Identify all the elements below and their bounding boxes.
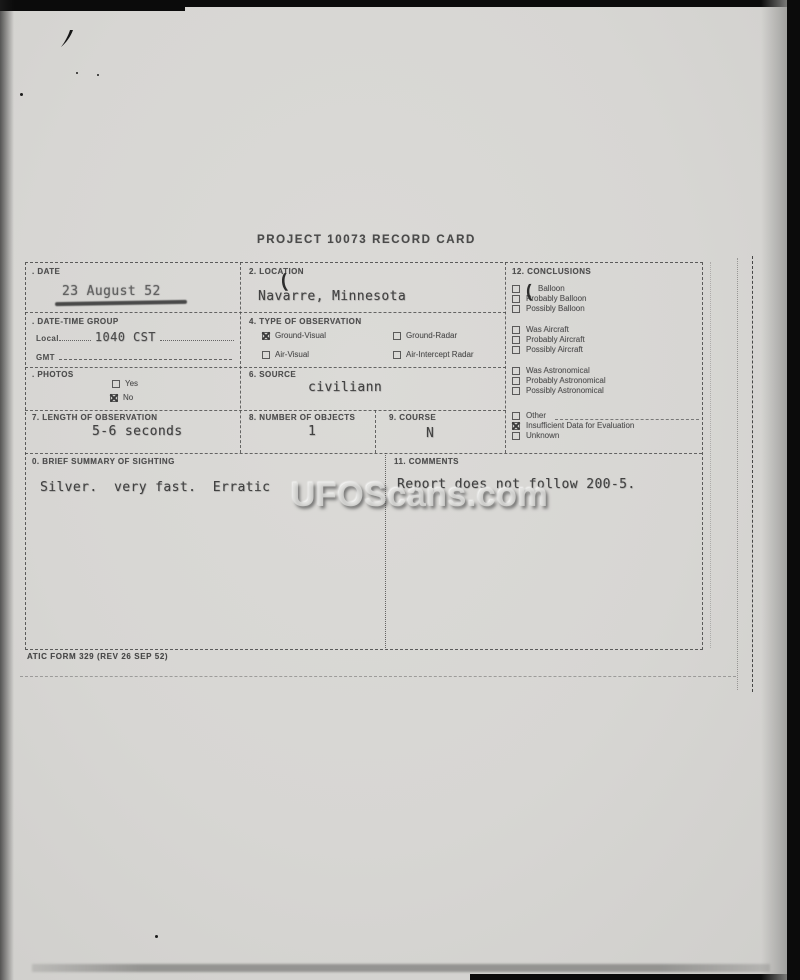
checkbox-icon bbox=[512, 295, 520, 303]
checkbox-icon bbox=[512, 377, 520, 385]
conclusions-list: ( Balloon Probably Balloon Possibly Ball… bbox=[512, 284, 699, 441]
conclusion-option: Probably Aircraft bbox=[512, 335, 699, 345]
grid-line bbox=[25, 367, 506, 368]
local-time-value: 1040 CST bbox=[95, 330, 156, 344]
page-curl-shadow bbox=[761, 0, 787, 980]
grid-line bbox=[375, 410, 376, 453]
scan-edge-right bbox=[787, 0, 800, 980]
scanned-record-card: PROJECT 10073 RECORD CARD . DATE 23 Augu… bbox=[0, 0, 800, 980]
length-of-observation-label: 7. LENGTH OF OBSERVATION bbox=[32, 413, 157, 422]
dust-speck bbox=[20, 93, 23, 96]
watermark-text: UFOScans.com bbox=[291, 476, 548, 515]
checkbox-icon bbox=[512, 422, 520, 430]
checkbox-icon bbox=[512, 326, 520, 334]
page-bottom-shadow bbox=[32, 964, 770, 972]
dust-speck bbox=[76, 72, 78, 74]
dust-speck bbox=[97, 74, 99, 76]
checkbox-icon bbox=[512, 305, 520, 313]
type-of-observation-label: 4. TYPE OF OBSERVATION bbox=[249, 317, 362, 326]
grid-line bbox=[25, 312, 506, 313]
checkbox-icon bbox=[393, 351, 401, 359]
brief-summary-value: Silver. very fast. Erratic bbox=[40, 480, 270, 495]
local-time-row: Local 1040 CST bbox=[36, 330, 234, 344]
brief-summary-label: 0. BRIEF SUMMARY OF SIGHTING bbox=[32, 457, 175, 466]
dust-speck bbox=[155, 935, 158, 938]
page-rule-line bbox=[20, 676, 736, 677]
checkbox-icon bbox=[512, 336, 520, 344]
conclusion-option: Was Aircraft bbox=[512, 325, 699, 335]
conclusion-option: Possibly Astronomical bbox=[512, 386, 699, 396]
checkbox-icon bbox=[512, 346, 520, 354]
comments-label: 11. COMMENTS bbox=[394, 457, 459, 466]
gmt-time-row: GMT bbox=[36, 350, 232, 362]
checkbox-icon bbox=[512, 285, 520, 293]
source-value: civiliann bbox=[308, 380, 382, 395]
number-of-objects-value: 1 bbox=[308, 424, 316, 439]
ground-radar-option: Ground-Radar bbox=[393, 331, 457, 340]
checkbox-icon bbox=[393, 332, 401, 340]
location-value: Navarre, Minnesota bbox=[258, 289, 406, 304]
conclusion-option: Was Astronomical bbox=[512, 366, 699, 376]
grid-line bbox=[25, 410, 506, 411]
ink-flick-mark-icon bbox=[56, 28, 80, 52]
grid-line bbox=[25, 453, 702, 454]
binding-mark-line bbox=[710, 262, 711, 648]
conclusion-option: Possibly Balloon bbox=[512, 304, 699, 314]
grid-line bbox=[240, 262, 241, 453]
conclusion-option: Unknown bbox=[512, 431, 699, 441]
conclusions-label: 12. CONCLUSIONS bbox=[512, 267, 591, 276]
binding-mark-line bbox=[752, 256, 753, 692]
conclusion-option: Balloon bbox=[512, 284, 699, 294]
checkbox-icon bbox=[512, 412, 520, 420]
length-of-observation-value: 5-6 seconds bbox=[92, 424, 183, 439]
gmt-label: GMT bbox=[36, 353, 55, 362]
local-label: Local bbox=[36, 334, 59, 343]
scan-edge-left-shadow bbox=[0, 0, 14, 980]
leader-line bbox=[160, 331, 234, 341]
checkbox-icon bbox=[262, 332, 270, 340]
ground-visual-option: Ground-Visual bbox=[262, 331, 326, 340]
number-of-objects-label: 8. NUMBER OF OBJECTS bbox=[249, 413, 355, 422]
source-label: 6. SOURCE bbox=[249, 370, 296, 379]
binding-mark-line bbox=[737, 258, 738, 690]
conclusion-option: Other bbox=[512, 411, 699, 421]
checkbox-icon bbox=[262, 351, 270, 359]
leader-line bbox=[555, 412, 699, 420]
leader-line bbox=[59, 331, 91, 341]
photos-label: . PHOTOS bbox=[32, 370, 74, 379]
scan-edge-bottom-right bbox=[470, 974, 800, 980]
date-value: 23 August 52 bbox=[62, 284, 161, 299]
course-value: N bbox=[426, 426, 434, 441]
date-label: . DATE bbox=[32, 267, 60, 276]
course-label: 9. COURSE bbox=[389, 413, 436, 422]
checkbox-icon bbox=[112, 380, 120, 388]
date-time-group-label: . DATE-TIME GROUP bbox=[32, 317, 119, 326]
conclusion-option: Insufficient Data for Evaluation bbox=[512, 421, 699, 431]
leader-line bbox=[59, 350, 232, 360]
checkbox-icon bbox=[512, 367, 520, 375]
checkbox-icon bbox=[512, 387, 520, 395]
form-title: PROJECT 10073 RECORD CARD bbox=[257, 234, 476, 246]
checkbox-icon bbox=[512, 432, 520, 440]
conclusion-option: Probably Astronomical bbox=[512, 376, 699, 386]
form-number: ATIC FORM 329 (REV 26 SEP 52) bbox=[27, 652, 168, 661]
air-visual-option: Air-Visual bbox=[262, 350, 309, 359]
conclusion-option: Probably Balloon bbox=[512, 294, 699, 304]
air-intercept-radar-option: Air-Intercept Radar bbox=[393, 350, 474, 359]
scan-edge-top-left bbox=[0, 0, 185, 11]
checkbox-icon bbox=[110, 394, 118, 402]
photos-yes-option: Yes bbox=[112, 379, 138, 388]
photos-no-option: No bbox=[110, 393, 133, 402]
grid-line bbox=[505, 262, 506, 453]
conclusion-option: Possibly Aircraft bbox=[512, 345, 699, 355]
location-label: 2. LOCATION bbox=[249, 267, 304, 276]
